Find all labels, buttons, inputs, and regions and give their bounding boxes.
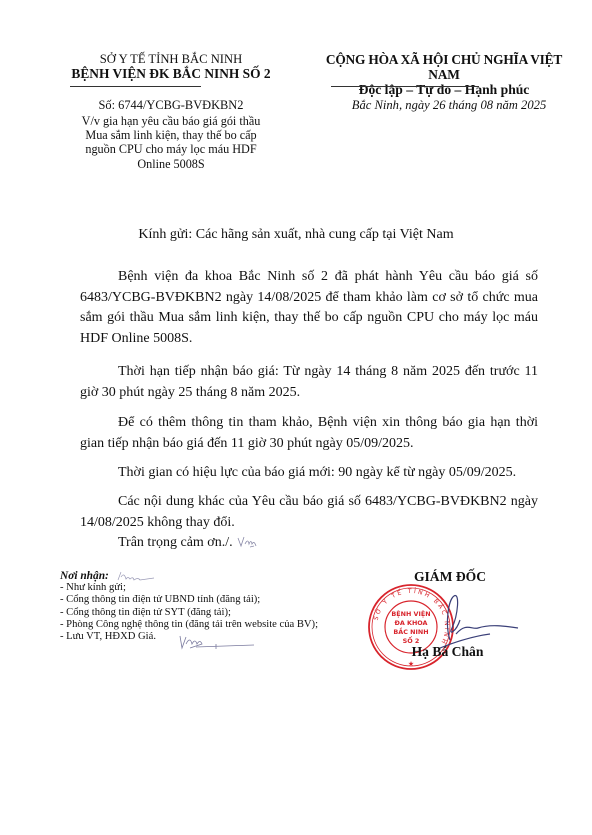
document-subject: V/v gia hạn yêu cầu báo giá gói thầu Mua… — [40, 114, 302, 171]
body-paragraph: Thời hạn tiếp nhận báo giá: Từ ngày 14 t… — [80, 362, 538, 403]
national-motto: Độc lập – Tự do – Hạnh phúc — [318, 82, 570, 98]
subject-line: nguồn CPU cho máy lọc máu HDF — [40, 142, 302, 156]
motto-underline — [331, 86, 479, 87]
signatory-name: Hạ Bá Chân — [385, 644, 510, 660]
paragraph-text: Trân trọng cảm ơn./. — [80, 533, 538, 554]
body-paragraph: Bệnh viện đa khoa Bắc Ninh số 2 đã phát … — [80, 267, 538, 349]
recipient-item: - Cổng thông tin điện tử SYT (đăng tải); — [60, 607, 360, 619]
subject-line: Online 5008S — [40, 157, 302, 171]
director-signature-icon — [420, 590, 520, 650]
agency-name: SỞ Y TẾ TỈNH BẮC NINH — [40, 52, 302, 66]
paragraph-text: Thời hạn tiếp nhận báo giá: Từ ngày 14 t… — [80, 362, 538, 403]
subject-line: V/v gia hạn yêu cầu báo giá gói thầu — [40, 114, 302, 128]
recipients-title: Nơi nhận: — [60, 570, 360, 582]
subject-line: Mua sắm linh kiện, thay thế bo cấp — [40, 128, 302, 142]
initials-signature-icon — [176, 634, 256, 652]
organization-name: BỆNH VIỆN ĐK BẮC NINH SỐ 2 — [40, 66, 302, 82]
organization-underline — [70, 86, 201, 87]
place-date: Bắc Ninh, ngày 26 tháng 08 năm 2025 — [318, 98, 580, 113]
body-paragraph: Thời gian có hiệu lực của báo giá mới: 9… — [80, 463, 538, 484]
recipient-item: - Cổng thông tin điện tử UBND tỉnh (đăng… — [60, 594, 360, 606]
national-header: CỘNG HÒA XÃ HỘI CHỦ NGHĨA VIỆT NAM Độc l… — [318, 52, 570, 98]
body-paragraph: Các nội dung khác của Yêu cầu báo giá số… — [80, 492, 538, 533]
initials-signature-icon — [236, 534, 258, 550]
body-paragraph: Để có thêm thông tin tham khảo, Bệnh việ… — [80, 413, 538, 454]
closing-line: Trân trọng cảm ơn./. — [80, 533, 538, 554]
initials-signature-icon — [116, 570, 156, 584]
recipient-item: - Như kính gửi; — [60, 582, 360, 594]
paragraph-text: Thời gian có hiệu lực của báo giá mới: 9… — [80, 463, 538, 484]
issuing-organization-header: SỞ Y TẾ TỈNH BẮC NINH BỆNH VIỆN ĐK BẮC N… — [40, 52, 302, 82]
paragraph-text: Các nội dung khác của Yêu cầu báo giá số… — [80, 492, 538, 533]
recipient-line: Kính gửi: Các hãng sản xuất, nhà cung cấ… — [60, 227, 532, 243]
paragraph-text: Bệnh viện đa khoa Bắc Ninh số 2 đã phát … — [80, 267, 538, 349]
paragraph-text: Để có thêm thông tin tham khảo, Bệnh việ… — [80, 413, 538, 454]
document-number: Số: 6744/YCBG-BVĐKBN2 — [40, 98, 302, 112]
svg-text:★: ★ — [408, 660, 414, 668]
recipients-list: Nơi nhận: - Như kính gửi; - Cổng thông t… — [60, 570, 360, 643]
recipient-item: - Phòng Công nghệ thông tin (đăng tải tr… — [60, 619, 360, 631]
nation-name: CỘNG HÒA XÃ HỘI CHỦ NGHĨA VIỆT NAM — [318, 52, 570, 82]
